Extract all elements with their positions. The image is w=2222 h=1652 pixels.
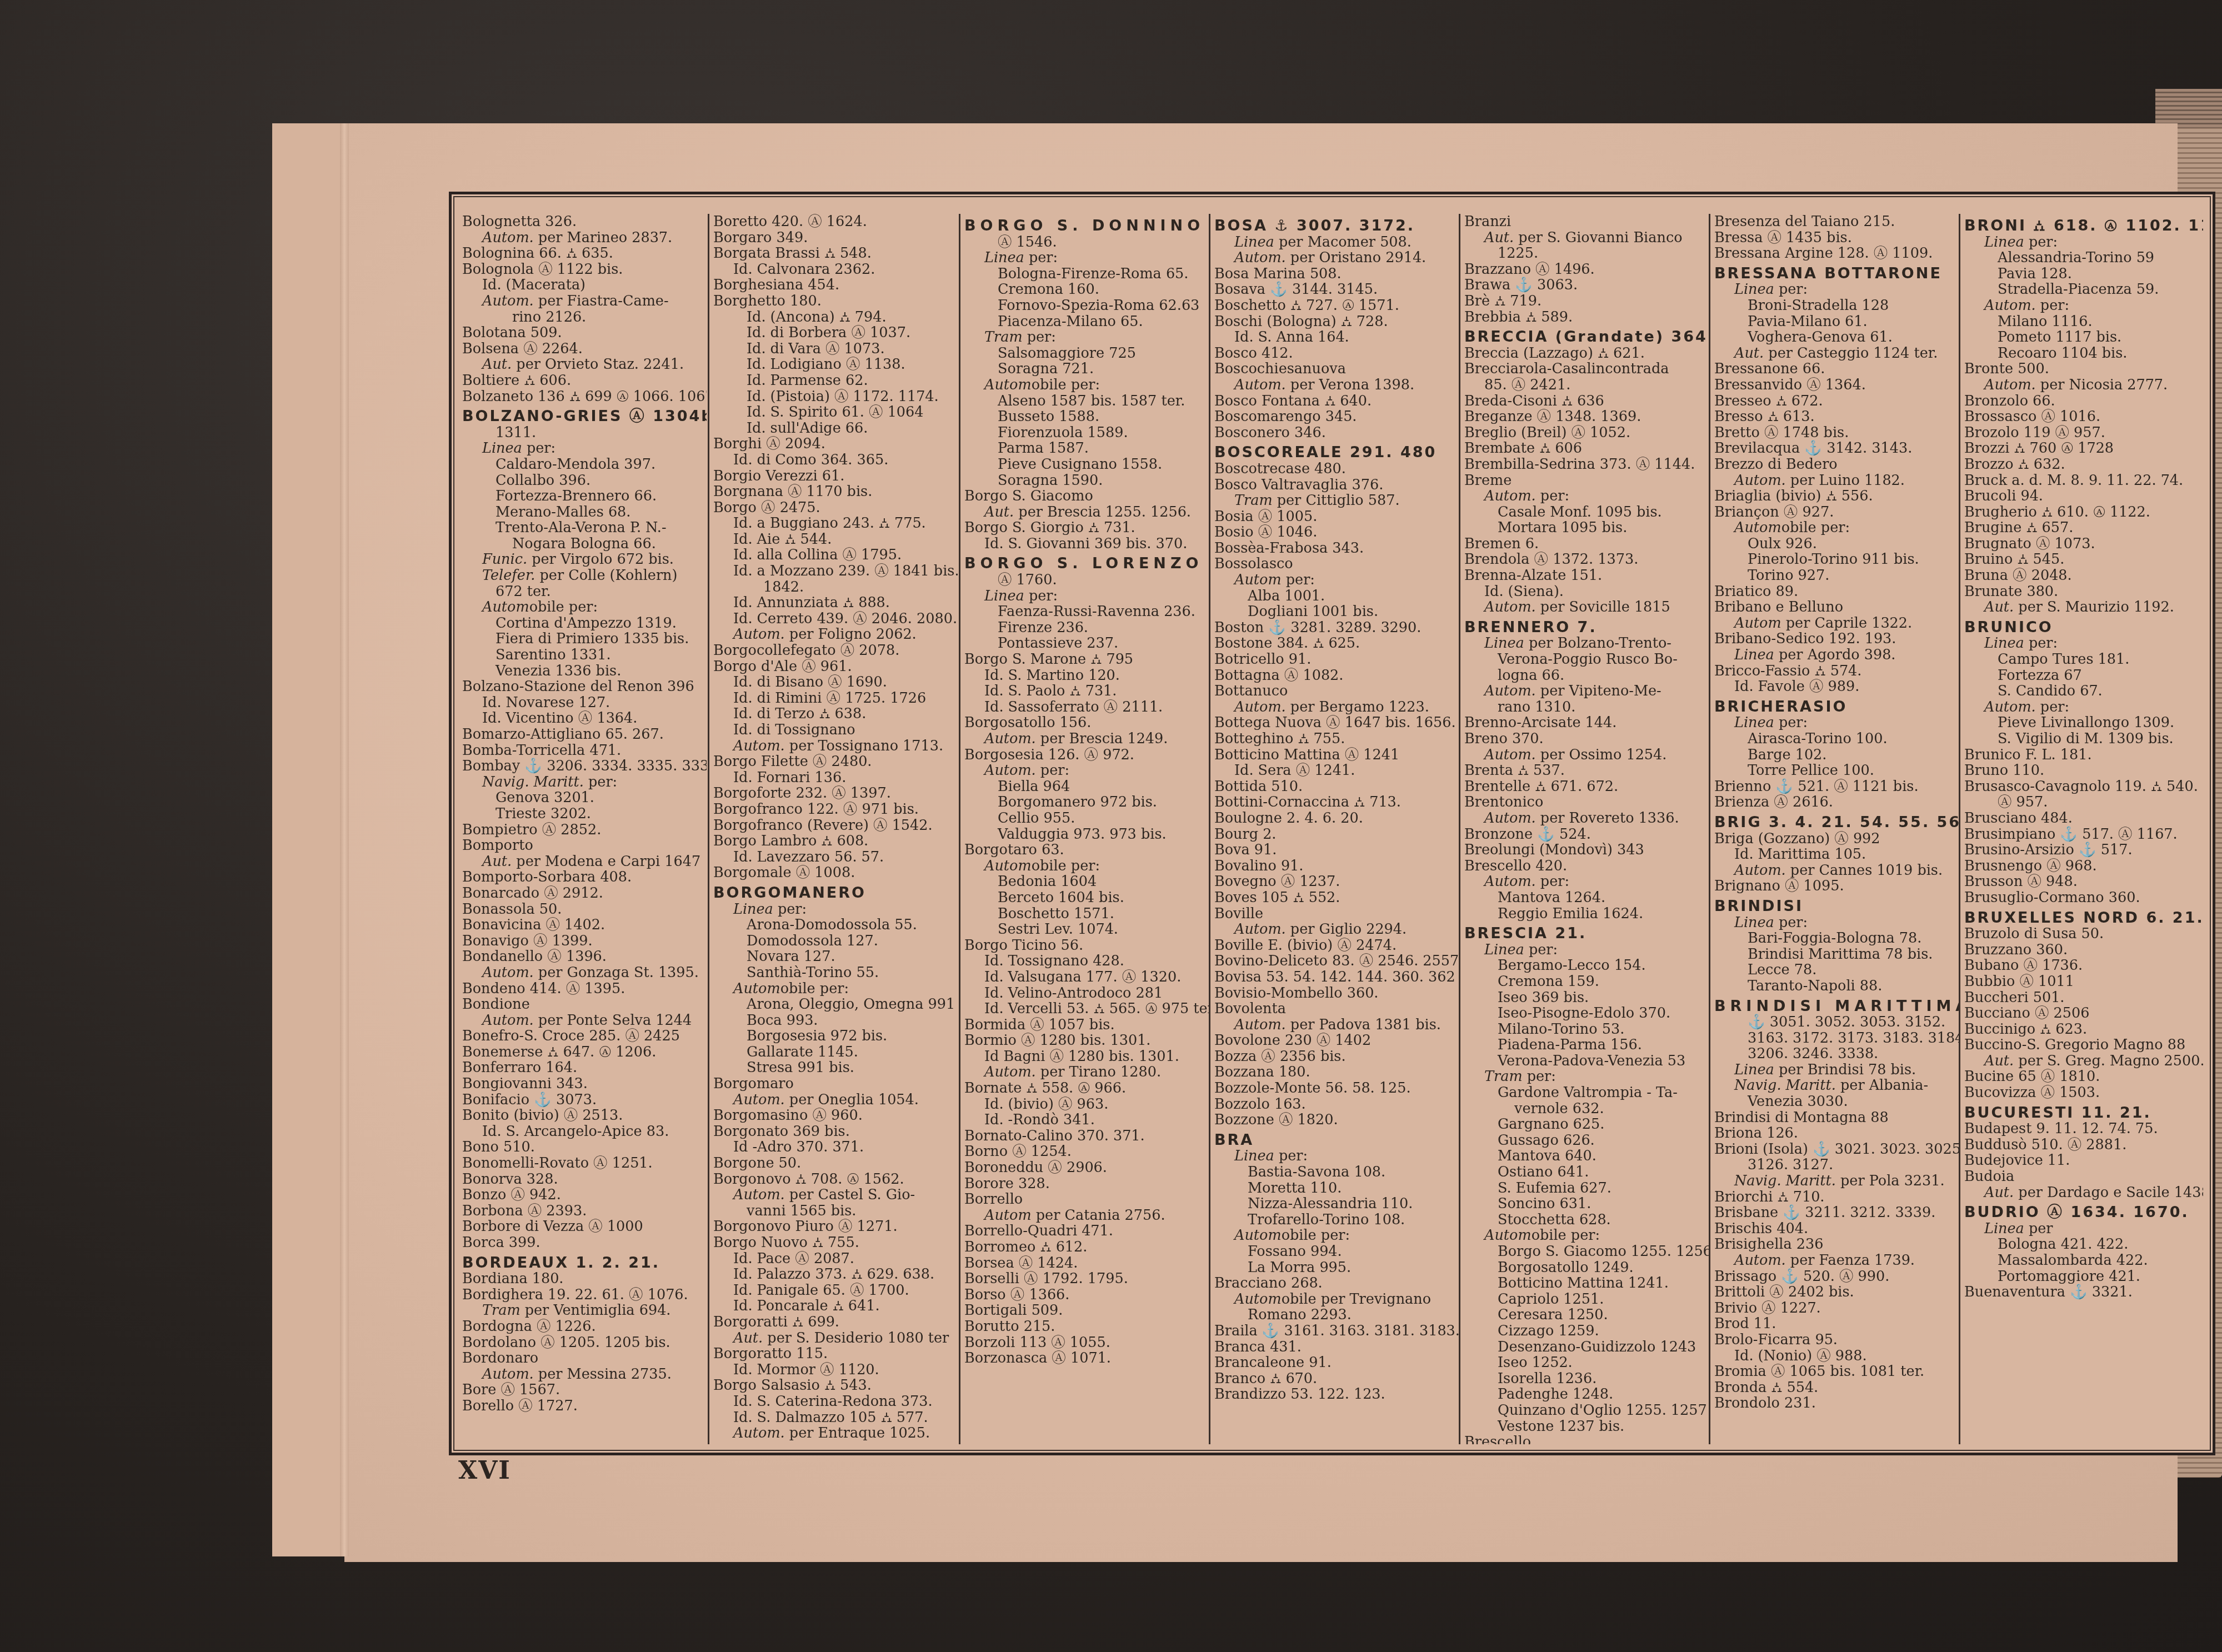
index-entry: Borghesiana 454. <box>713 277 958 293</box>
index-entry: Id. Lavezzaro 56. 57. <box>713 849 958 865</box>
index-entry: Bosco 412. <box>1214 346 1459 362</box>
index-entry: Fiera di Primiero 1335 bis. <box>462 631 707 647</box>
index-entry: Borbore di Vezza Ⓐ 1000 <box>462 1219 707 1235</box>
index-entry: Bomporto <box>462 838 707 854</box>
index-entry: Nizza-Alessandria 110. <box>1214 1196 1459 1212</box>
index-entry: Alessandria-Torino 59 <box>1964 250 2203 266</box>
index-entry: Piacenza-Milano 65. <box>964 314 1209 330</box>
index-entry: Id. Novarese 127. <box>462 695 707 711</box>
index-entry: Borgo Salsasio ⛼ 543. <box>713 1378 958 1394</box>
index-entry: Domodossola 127. <box>713 933 958 949</box>
index-entry: Brusimpiano ⚓ 517. Ⓐ 1167. <box>1964 827 2203 843</box>
index-entry: Gargnano 625. <box>1464 1117 1709 1133</box>
index-entry: Bozzone Ⓐ 1820. <box>1214 1112 1459 1128</box>
index-entry: Bonefro-S. Croce 285. Ⓐ 2425 <box>462 1028 707 1044</box>
index-entry: Brendola Ⓐ 1372. 1373. <box>1464 552 1709 568</box>
index-entry: Briona 126. <box>1714 1125 1959 1142</box>
index-entry: Borgo S. Giacomo 1255. 1256 <box>1464 1244 1709 1260</box>
index-entry: Borselli Ⓐ 1792. 1795. <box>964 1271 1209 1287</box>
index-heading: BRECCIA (Grandate) 364. 365. <box>1464 329 1709 346</box>
index-entry: Linea per: <box>1214 1148 1459 1164</box>
index-entry: Bottagna Ⓐ 1082. <box>1214 668 1459 684</box>
index-entry: Borgo S. Giacomo <box>964 488 1209 504</box>
index-entry: Id. Pace Ⓐ 2087. <box>713 1251 958 1267</box>
index-entry: Autom. per Gonzaga St. 1395. <box>462 965 707 981</box>
index-entry: Bonito (bivio) Ⓐ 2513. <box>462 1108 707 1124</box>
index-entry: Brenta ⛼ 537. <box>1464 763 1709 779</box>
column-divider <box>1459 214 1460 1444</box>
index-entry: Bovalino 91. <box>1214 858 1459 874</box>
index-entry: Boroneddu Ⓐ 2906. <box>964 1160 1209 1176</box>
index-entry: Boves 105 ⛼ 552. <box>1214 890 1459 906</box>
index-entry: Massalombarda 422. <box>1964 1253 2203 1269</box>
index-entry: Bromia Ⓐ 1065 bis. 1081 ter. <box>1714 1364 1959 1380</box>
index-entry: Id. Cerreto 439. Ⓐ 2046. 2080. <box>713 611 958 627</box>
index-entry: Bari-Foggia-Bologna 78. <box>1714 930 1959 947</box>
column-divider <box>1959 214 1960 1444</box>
index-entry: Brioni (Isola) ⚓ 3021. 3023. 3025. <box>1714 1142 1959 1158</box>
index-entry: Firenze 236. <box>964 620 1209 636</box>
index-entry: Boschi (Bologna) ⛼ 728. <box>1214 314 1459 330</box>
index-entry: Brignano Ⓐ 1095. <box>1714 878 1959 894</box>
index-entry: Bucovizza Ⓐ 1503. <box>1964 1085 2203 1101</box>
index-entry: Aut. per Orvieto Staz. 2241. <box>462 357 707 373</box>
index-entry: Linea per Bolzano-Trento- <box>1464 635 1709 652</box>
index-entry: Bruna Ⓐ 2048. <box>1964 568 2203 584</box>
index-entry: Id. S. Spirito 61. Ⓐ 1064 <box>713 404 958 420</box>
index-entry: Bossolasco <box>1214 556 1459 572</box>
index-entry: Autom. per Vipiteno-Me- <box>1464 683 1709 699</box>
index-entry: Bordiana 180. <box>462 1271 707 1287</box>
index-entry: Breglio (Breil) Ⓐ 1052. <box>1464 425 1709 441</box>
index-entry: Brazzano Ⓐ 1496. <box>1464 262 1709 278</box>
index-entry: Bornate ⛼ 558. Ⓐ 966. <box>964 1080 1209 1097</box>
index-entry: Autom. per Castel S. Gio- <box>713 1187 958 1203</box>
index-entry: 1225. <box>1464 246 1709 262</box>
index-entry: Borghetto 180. <box>713 293 958 309</box>
index-entry: Novara 127. <box>713 949 958 965</box>
index-entry: Autom. per Oristano 2914. <box>1214 250 1459 266</box>
index-entry: Bova 91. <box>1214 842 1459 858</box>
index-entry: Autom. per: <box>964 763 1209 779</box>
index-entry: Brivio Ⓐ 1227. <box>1714 1300 1959 1316</box>
index-entry: Bomba-Torricella 471. <box>462 743 707 759</box>
index-entry: Recoaro 1104 bis. <box>1964 346 2203 362</box>
index-column-5: BranziAut. per S. Giovanni Bianco1225.Br… <box>1464 214 1709 1444</box>
index-entry: Id. Palazzo 373. ⛼ 629. 638. <box>713 1266 958 1283</box>
index-entry: Mantova 1264. <box>1464 890 1709 906</box>
index-entry: Id. Panigale 65. Ⓐ 1700. <box>713 1283 958 1299</box>
index-entry: Bolsena Ⓐ 2264. <box>462 341 707 357</box>
index-heading: BRONI ⛼ 618. Ⓐ 1102. 1105 ter. <box>1964 218 2203 234</box>
index-entry: Bovino-Deliceto 83. Ⓐ 2546. 2557 <box>1214 953 1459 969</box>
index-entry: Briançon Ⓐ 927. <box>1714 504 1959 520</box>
index-entry: Biella 964 <box>964 779 1209 795</box>
index-entry: Borzoli 113 Ⓐ 1055. <box>964 1335 1209 1351</box>
index-entry: Bruzolo di Susa 50. <box>1964 926 2203 942</box>
index-entry: Linea per: <box>713 902 958 918</box>
index-entry: Bonomelli-Rovato Ⓐ 1251. <box>462 1155 707 1172</box>
index-entry: Bosia Ⓐ 1005. <box>1214 509 1459 525</box>
index-entry: Bronte 500. <box>1964 361 2203 377</box>
index-entry: Brienza Ⓐ 2616. <box>1714 794 1959 810</box>
index-entry: Borgo S. Giorgio ⛼ 731. <box>964 520 1209 536</box>
index-entry: Boston ⚓ 3281. 3289. 3290. <box>1214 620 1459 636</box>
index-entry: Borca 399. <box>462 1235 707 1251</box>
index-entry: Stocchetta 628. <box>1464 1212 1709 1228</box>
index-entry: Autom. per Brescia 1249. <box>964 731 1209 747</box>
index-entry: Soragna 1590. <box>964 473 1209 489</box>
index-entry: Linea per: <box>1464 942 1709 958</box>
index-entry: Borgata Brassi ⛼ 548. <box>713 246 958 262</box>
index-entry: Brienno ⚓ 521. Ⓐ 1121 bis. <box>1714 779 1959 795</box>
index-heading: BOLZANO-GRIES Ⓐ 1304bis <box>462 409 707 425</box>
index-entry: Bossèa-Frabosa 343. <box>1214 540 1459 557</box>
column-divider <box>1709 214 1710 1444</box>
index-entry: Boville E. (bivio) Ⓐ 2474. <box>1214 938 1459 954</box>
index-entry: S. Eufemia 627. <box>1464 1180 1709 1197</box>
index-entry: Borsea Ⓐ 1424. <box>964 1255 1209 1271</box>
index-entry: Bolognetta 326. <box>462 214 707 230</box>
index-entry: Pinerolo-Torino 911 bis. <box>1714 552 1959 568</box>
index-entry: Bosco Valtravaglia 376. <box>1214 477 1459 493</box>
index-entry: Boscotrecase 480. <box>1214 461 1459 477</box>
index-entry: Autom. per Giglio 2294. <box>1214 922 1459 938</box>
index-entry: Aut. per S. Greg. Magno 2500. <box>1964 1053 2203 1069</box>
index-entry: Ceresara 1250. <box>1464 1307 1709 1323</box>
index-heading: BRESSANA BOTTARONE <box>1714 266 1959 282</box>
index-entry: Brittoli Ⓐ 2402 bis. <box>1714 1284 1959 1300</box>
index-entry: Bruno 110. <box>1964 763 2203 779</box>
index-entry: Breda-Cisoni ⛼ 636 <box>1464 393 1709 409</box>
index-entry: Id. Valsugana 177. Ⓐ 1320. <box>964 969 1209 985</box>
index-entry: Brembilla-Sedrina 373. Ⓐ 1144. <box>1464 457 1709 473</box>
index-entry: Autom. per Cannes 1019 bis. <box>1714 863 1959 879</box>
index-entry: Borgosatollo 156. <box>964 715 1209 731</box>
index-entry: Budapest 9. 11. 12. 74. 75. <box>1964 1121 2203 1137</box>
index-entry: Borutto 215. <box>964 1319 1209 1335</box>
index-entry: Bressanvido Ⓐ 1364. <box>1714 377 1959 393</box>
index-entry: rano 1310. <box>1464 699 1709 715</box>
index-heading: BORGOMANERO <box>713 885 958 902</box>
index-entry: Id. Poncarale ⛼ 641. <box>713 1298 958 1314</box>
index-entry: Alba 1001. <box>1214 588 1459 604</box>
index-entry: Borgotaro 63. <box>964 842 1209 858</box>
index-entry: Automobile per: <box>1464 1228 1709 1244</box>
index-entry: Autom per Catania 2756. <box>964 1208 1209 1224</box>
index-entry: Borore 328. <box>964 1176 1209 1192</box>
index-entry: Bribano e Belluno <box>1714 599 1959 615</box>
index-entry: Fiorenzuola 1589. <box>964 425 1209 441</box>
index-entry: Brugnato Ⓐ 1073. <box>1964 536 2203 552</box>
index-entry: Id. Annunziata ⛼ 888. <box>713 595 958 611</box>
index-entry: Bonassola 50. <box>462 902 707 918</box>
index-entry: Parma 1587. <box>964 440 1209 457</box>
index-entry: Bruino ⛼ 545. <box>1964 552 2203 568</box>
index-entry: Bomporto-Sorbara 408. <box>462 869 707 885</box>
index-entry: Telefer. per Colle (Kohlern) <box>462 568 707 584</box>
index-entry: Autom. per Bergamo 1223. <box>1214 699 1459 715</box>
index-entry: Brunate 380. <box>1964 584 2203 600</box>
index-entry: Borgosesia 126. Ⓐ 972. <box>964 747 1209 763</box>
column-divider <box>1209 214 1210 1444</box>
index-entry: Linea per: <box>1714 915 1959 931</box>
index-entry: Borgo Filette Ⓐ 2480. <box>713 754 958 770</box>
index-entry: Id. di Vara Ⓐ 1073. <box>713 341 958 357</box>
index-entry: Buccheri 501. <box>1964 990 2203 1006</box>
index-entry: Bornato-Calino 370. 371. <box>964 1128 1209 1144</box>
index-entry: Trofarello-Torino 108. <box>1214 1212 1459 1228</box>
index-entry: Breme <box>1464 473 1709 489</box>
index-heading: BOSA ⚓ 3007. 3172. <box>1214 218 1459 234</box>
index-entry: Bruck a. d. M. 8. 9. 11. 22. 74. <box>1964 473 2203 489</box>
index-entry: Verona-Padova-Venezia 53 <box>1464 1053 1709 1069</box>
index-entry: Vestone 1237 bis. <box>1464 1419 1709 1435</box>
index-entry: Brusino-Arsizio ⚓ 517. <box>1964 842 2203 858</box>
column-divider <box>708 214 709 1444</box>
index-entry: Bologna 421. 422. <box>1964 1237 2203 1253</box>
index-entry: Bozzolo 163. <box>1214 1097 1459 1113</box>
index-entry: Bubano Ⓐ 1736. <box>1964 958 2203 974</box>
index-entry: Ⓐ 957. <box>1964 794 2203 810</box>
index-entry: Brossasco Ⓐ 1016. <box>1964 409 2203 425</box>
index-entry: Borrello <box>964 1192 1209 1208</box>
index-entry: Autom. per: <box>1964 298 2203 314</box>
index-entry: Valduggia 973. 973 bis. <box>964 827 1209 843</box>
index-entry: Botticino Mattina Ⓐ 1241 <box>1214 747 1459 763</box>
index-entry: Linea per Brindisi 78 bis. <box>1714 1062 1959 1078</box>
index-entry: Boretto 420. Ⓐ 1624. <box>713 214 958 230</box>
index-entry: Aut. per S. Giovanni Bianco <box>1464 230 1709 246</box>
index-entry: Brusciano 484. <box>1964 810 2203 827</box>
index-entry: Bressa Ⓐ 1435 bis. <box>1714 230 1959 246</box>
index-entry: Bosco Fontana ⛼ 640. <box>1214 393 1459 409</box>
index-entry: Soragna 721. <box>964 361 1209 377</box>
index-entry: Bovisio-Mombello 360. <box>1214 985 1459 1002</box>
index-entry: Verona-Poggio Rusco Bo- <box>1464 652 1709 668</box>
index-heading: BRIG 3. 4. 21. 54. 55. 56. 127. <box>1714 815 1959 831</box>
page-fold <box>340 123 349 1556</box>
index-entry: Tram per: <box>1464 1069 1709 1085</box>
index-entry: Bono 510. <box>462 1139 707 1155</box>
index-entry: Linea per <box>1964 1221 2203 1237</box>
index-entry: Autom. per Tirano 1280. <box>964 1064 1209 1080</box>
index-entry: Bottida 510. <box>1214 779 1459 795</box>
index-entry: Linea per Agordo 398. <box>1714 647 1959 663</box>
index-entry: Collalbo 396. <box>462 473 707 489</box>
index-entry: Bologna-Firenze-Roma 65. <box>964 266 1209 282</box>
index-entry: Bolognina 66. ⛼ 635. <box>462 246 707 262</box>
index-entry: Mortara 1095 bis. <box>1464 520 1709 536</box>
index-entry: Navig. Maritt. per Albania- <box>1714 1078 1959 1094</box>
index-entry: Pontassieve 237. <box>964 635 1209 652</box>
index-entry: Borrello-Quadri 471. <box>964 1223 1209 1239</box>
index-entry: Autom. per Messina 2735. <box>462 1366 707 1383</box>
index-entry: Id. Vercelli 53. ⛼ 565. Ⓐ 975 ter <box>964 1001 1209 1017</box>
index-entry: Bretto Ⓐ 1748 bis. <box>1714 425 1959 441</box>
index-entry: Bourg 2. <box>1214 827 1459 843</box>
index-entry: Brevilacqua ⚓ 3142. 3143. <box>1714 440 1959 457</box>
index-column-3: BORGO S. DONNINOⒶ 1546.Linea per:Bologna… <box>964 214 1209 1444</box>
index-entry: 3206. 3246. 3338. <box>1714 1046 1959 1062</box>
index-entry: Boltiere ⛼ 606. <box>462 373 707 389</box>
index-entry: Brenno-Arcisate 144. <box>1464 715 1709 731</box>
index-entry: Fortezza 67 <box>1964 668 2203 684</box>
index-entry: Botricello 91. <box>1214 652 1459 668</box>
index-entry: Bovolenta <box>1214 1001 1459 1017</box>
index-entry: Id. di Bisano Ⓐ 1690. <box>713 674 958 690</box>
index-entry: Autom. per: <box>1464 488 1709 504</box>
index-entry: Trieste 3202. <box>462 806 707 822</box>
index-entry: Autom. per Oneglia 1054. <box>713 1092 958 1108</box>
index-entry: Bordonaro <box>462 1350 707 1366</box>
index-entry: Bomarzo-Attigliano 65. 267. <box>462 727 707 743</box>
index-heading: BRUNICO <box>1964 620 2203 636</box>
index-entry: Sestri Lev. 1074. <box>964 922 1209 938</box>
index-entry: Cremona 160. <box>964 282 1209 298</box>
index-entry: Voghera-Genova 61. <box>1714 329 1959 346</box>
index-entry: rino 2126. <box>462 309 707 326</box>
index-entry: Autom per: <box>1214 572 1459 588</box>
index-entry: Breganze Ⓐ 1348. 1369. <box>1464 409 1709 425</box>
index-entry: Borgo d'Ale Ⓐ 961. <box>713 659 958 675</box>
index-entry: Id. Vicentino Ⓐ 1364. <box>462 710 707 727</box>
index-entry: Borgio Verezzi 61. <box>713 468 958 484</box>
index-entry: Brunico F. L. 181. <box>1964 747 2203 763</box>
index-entry: 85. Ⓐ 2421. <box>1464 377 1709 393</box>
index-entry: Buccino-S. Gregorio Magno 88 <box>1964 1037 2203 1053</box>
index-entry: Torre Pellice 100. <box>1714 763 1959 779</box>
index-entry: Broni-Stradella 128 <box>1714 298 1959 314</box>
index-entry: Bedonia 1604 <box>964 874 1209 890</box>
index-entry: Brembate ⛼ 606 <box>1464 440 1709 457</box>
index-entry: Autom. per Fiastra-Came- <box>462 293 707 309</box>
index-entry: Autom. per Ponte Selva 1244 <box>462 1013 707 1029</box>
index-entry: Brecciarola-Casalincontrada <box>1464 361 1709 377</box>
index-entry: Brissago ⚓ 520. Ⓐ 990. <box>1714 1269 1959 1285</box>
index-entry: Soncino 631. <box>1464 1196 1709 1212</box>
index-entry: Borgonovo Piuro Ⓐ 1271. <box>713 1219 958 1235</box>
index-entry: Arona-Domodossola 55. <box>713 917 958 933</box>
index-entry: Bribano-Sedico 192. 193. <box>1714 631 1959 647</box>
index-entry: Cellio 955. <box>964 810 1209 827</box>
index-entry: Bompietro Ⓐ 2852. <box>462 822 707 838</box>
index-entry: Bondione <box>462 997 707 1013</box>
index-entry: logna 66. <box>1464 668 1709 684</box>
index-entry: Venezia 1336 bis. <box>462 663 707 679</box>
index-entry: Id. Lodigiano Ⓐ 1138. <box>713 357 958 373</box>
index-heading: BRICHERASIO <box>1714 699 1959 715</box>
index-entry: Bressana Argine 128. Ⓐ 1109. <box>1714 246 1959 262</box>
index-entry: Borso Ⓐ 1366. <box>964 1287 1209 1303</box>
index-entry: Id. Parmense 62. <box>713 373 958 389</box>
index-entry: Boulogne 2. 4. 6. 20. <box>1214 810 1459 827</box>
index-heading: BOSCOREALE 291. 480 <box>1214 445 1459 461</box>
index-entry: Cortina d'Ampezzo 1319. <box>462 615 707 632</box>
index-entry: Bolotana 509. <box>462 325 707 341</box>
index-entry: Id. S. Arcangelo-Apice 83. <box>462 1124 707 1140</box>
index-entry: Borgomale Ⓐ 1008. <box>713 865 958 881</box>
index-entry: Id. Mormor Ⓐ 1120. <box>713 1362 958 1378</box>
index-entry: Nogara Bologna 66. <box>462 536 707 552</box>
index-entry: Borgone 50. <box>713 1155 958 1172</box>
index-entry: Padenghe 1248. <box>1464 1386 1709 1403</box>
index-entry: Borghi Ⓐ 2094. <box>713 436 958 452</box>
index-heading: BRESCIA 21. <box>1464 926 1709 942</box>
index-entry: Brusson Ⓐ 948. <box>1964 874 2203 890</box>
index-entry: Autom. per Ossimo 1254. <box>1464 747 1709 763</box>
index-entry: Bosconero 346. <box>1214 425 1459 441</box>
index-entry: Ⓐ 1760. <box>964 572 1209 588</box>
index-entry: Briorchi ⛼ 710. <box>1714 1189 1959 1205</box>
index-entry: S. Vigilio di M. 1309 bis. <box>1964 731 2203 747</box>
index-entry: Dogliani 1001 bis. <box>1214 604 1459 620</box>
index-entry: 1311. <box>462 425 707 441</box>
index-entry: S. Candido 67. <box>1964 683 2203 699</box>
index-entry: Id. S. Dalmazzo 105 ⛼ 577. <box>713 1410 958 1426</box>
index-entry: Borgomaro <box>713 1076 958 1092</box>
index-entry: Linea per: <box>462 440 707 457</box>
index-entry: Automobile per Trevignano <box>1214 1291 1459 1308</box>
index-entry: Borgonovo ⛼ 708. Ⓐ 1562. <box>713 1172 958 1188</box>
index-entry: Tram per: <box>964 329 1209 346</box>
index-entry: Genova 3201. <box>462 790 707 806</box>
index-entry: Bonferraro 164. <box>462 1060 707 1076</box>
index-entry: Bronda ⛼ 554. <box>1714 1380 1959 1396</box>
index-entry: Quinzano d'Oglio 1255. 1257 <box>1464 1403 1709 1419</box>
index-entry: Berceto 1604 bis. <box>964 890 1209 906</box>
index-entry: Borgonato 369 bis. <box>713 1124 958 1140</box>
index-entry: Autom per Caprile 1322. <box>1714 615 1959 632</box>
index-entry: Bolzaneto 136 ⛼ 699 Ⓐ 1066. 1067. <box>462 389 707 405</box>
index-entry: Bosa Marina 508. <box>1214 266 1459 282</box>
index-entry: Bronzolo 66. <box>1964 393 2203 409</box>
index-entry: Bottini-Cornaccina ⛼ 713. <box>1214 794 1459 810</box>
index-entry: Bastia-Savona 108. <box>1214 1164 1459 1180</box>
index-entry: Bozza Ⓐ 2356 bis. <box>1214 1049 1459 1065</box>
index-heading: BRINDISI MARITTIMA <box>1714 999 1959 1015</box>
index-heading: BUCURESTI 11. 21. <box>1964 1105 2203 1122</box>
index-entry: Linea per: <box>1714 282 1959 298</box>
index-entry: Autom. per Rovereto 1336. <box>1464 810 1709 827</box>
index-entry: Tram per Cittiglio 587. <box>1214 493 1459 509</box>
index-entry: Bozzole-Monte 56. 58. 125. <box>1214 1080 1459 1097</box>
index-entry: Oulx 926. <box>1714 536 1959 552</box>
index-entry: Brugine ⛼ 657. <box>1964 520 2203 536</box>
index-entry: Id. sull'Adige 66. <box>713 420 958 437</box>
index-entry: Torino 927. <box>1714 568 1959 584</box>
index-entry: Bricco-Fassio ⛼ 574. <box>1714 663 1959 679</box>
index-entry: Bonavigo Ⓐ 1399. <box>462 933 707 949</box>
index-entry: Bovolone 230 Ⓐ 1402 <box>1214 1033 1459 1049</box>
index-entry: Botteghino ⛼ 755. <box>1214 731 1459 747</box>
index-entry: Borgomasino Ⓐ 960. <box>713 1108 958 1124</box>
index-entry: Bosio Ⓐ 1046. <box>1214 524 1459 540</box>
index-entry: Gardone Valtrompia - Ta- <box>1464 1085 1709 1101</box>
index-entry: Automobile per: <box>964 858 1209 874</box>
index-entry: Mantova 640. <box>1464 1148 1709 1164</box>
index-entry: Fortezza-Brennero 66. <box>462 488 707 504</box>
index-entry: Bozzana 180. <box>1214 1064 1459 1080</box>
index-entry: Brisighella 236 <box>1714 1237 1959 1253</box>
index-entry: Borgo Nuovo ⛼ 755. <box>713 1235 958 1251</box>
index-entry: Bongiovanni 343. <box>462 1076 707 1092</box>
index-entry: Brusuglio-Cormano 360. <box>1964 890 2203 906</box>
index-entry: Brawa ⚓ 3063. <box>1464 277 1709 293</box>
index-entry: Brischis 404. <box>1714 1221 1959 1237</box>
index-entry: Id. Calvonara 2362. <box>713 262 958 278</box>
index-entry: Botticino Mattina 1241. <box>1464 1275 1709 1291</box>
